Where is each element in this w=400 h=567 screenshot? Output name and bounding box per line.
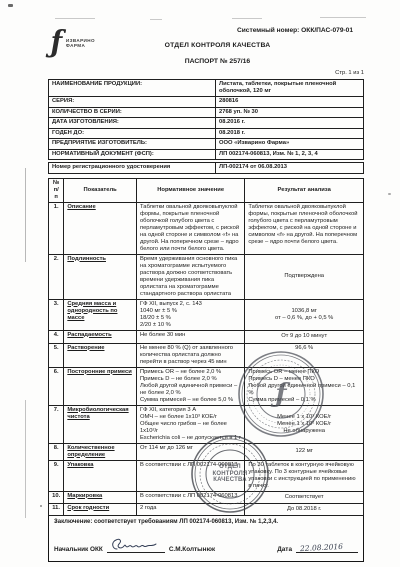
row-number: 3.: [49, 299, 64, 330]
info-label: СЕРИЯ:: [49, 97, 216, 108]
position-label: Начальник ОКК: [54, 546, 103, 553]
table-row: 2. Подлинность Время удерживания основно…: [49, 254, 364, 299]
info-label: НОРМАТИВНЫЙ ДОКУМЕНТ (ФСП):: [49, 149, 216, 160]
indicator-cell: Срок годности: [64, 503, 137, 515]
scan-line: [150, 19, 162, 20]
scan-line: [320, 17, 366, 18]
row-number: 7.: [49, 405, 64, 443]
info-label: Номер регистрационного удостоверения: [49, 163, 216, 174]
indicator-cell: Средняя масса и однородность по массе: [64, 299, 137, 330]
indicator-cell: Подлинность: [64, 254, 137, 299]
normative-cell: Время удерживания основного пика на хром…: [136, 254, 244, 299]
row-number: 10.: [49, 491, 64, 503]
system-number: Системный номер: ОКК/ПАС-079-01: [205, 27, 385, 34]
info-label: ПРЕДПРИЯТИЕ ИЗГОТОВИТЕЛЬ:: [49, 139, 216, 150]
info-value: 08.2016 г.: [216, 118, 364, 129]
info-label: НАИМЕНОВАНИЕ ПРОДУКЦИИ:: [49, 80, 216, 97]
table-row: 4. Распадаемость Не более 30 мин От 9 до…: [49, 330, 364, 343]
date-label: Дата: [277, 546, 292, 553]
table-row: Номер регистрационного удостоверения ЛП-…: [49, 163, 364, 174]
seal-logo-glyph: ƒ: [237, 350, 325, 438]
col-header-num: № п/п: [49, 178, 64, 202]
indicator-cell: Маркировка: [64, 491, 137, 503]
table-row: ГОДЕН ДО: 08.2018 г.: [49, 128, 364, 139]
registration-table: Номер регистрационного удостоверения ЛП-…: [48, 162, 364, 174]
conclusion-block: Заключение: соответствует требованиям ЛП…: [48, 516, 364, 562]
result-cell: 1036,8 мг от – 0,6 %, до + 0,5 %: [245, 299, 364, 330]
signer-name: С.М.Колтынюк: [169, 546, 215, 553]
indicator-cell: Микробиологическая чистота: [64, 405, 137, 443]
result-cell: От 9 до 10 минут: [245, 330, 364, 343]
result-cell: Подтверждена: [245, 254, 364, 299]
signature-field: [107, 538, 165, 553]
brand-line-2: ФАРМА: [66, 43, 85, 48]
document-page: ƒ ИЗВАРИНО ФАРМА Системный номер: ОКК/ПА…: [0, 0, 400, 567]
info-value: ЛП 002174-060813, Изм. № 1, 2, 3, 4: [216, 149, 364, 160]
result-cell: Таблетки овальной двояковыпуклой формы, …: [245, 202, 364, 254]
table-row: НАИМЕНОВАНИЕ ПРОДУКЦИИ: Листата, таблетк…: [49, 80, 364, 97]
scan-line: [232, 18, 262, 19]
info-value: ЛП-002174 от 06.08.2013: [216, 163, 364, 174]
table-row: НОРМАТИВНЫЙ ДОКУМЕНТ (ФСП): ЛП 002174-06…: [49, 149, 364, 160]
info-label: ДАТА ИЗГОТОВЛЕНИЯ:: [49, 118, 216, 129]
company-seal-stamp: ƒ: [237, 350, 325, 438]
table-row: ДАТА ИЗГОТОВЛЕНИЯ: 08.2016 г.: [49, 118, 364, 129]
table-row: ПРЕДПРИЯТИЕ ИЗГОТОВИТЕЛЬ: ООО «Изварино …: [49, 139, 364, 150]
page-indicator: Стр. 1 из 1: [280, 70, 364, 76]
indicator-cell: Распадаемость: [64, 330, 137, 343]
indicator-cell: Описание: [64, 202, 137, 254]
row-number: 6.: [49, 367, 64, 405]
info-value: 280816: [216, 97, 364, 108]
row-number: 2.: [49, 254, 64, 299]
qc-stamp-line: КАЧЕСТВА: [213, 477, 247, 484]
row-number: 5.: [49, 343, 64, 367]
info-label: ГОДЕН ДО:: [49, 128, 216, 139]
info-value: 08.2018 г.: [216, 128, 364, 139]
company-logo: ƒ ИЗВАРИНО ФАРМА: [50, 30, 95, 56]
izvarino-logo-icon: ƒ: [51, 30, 63, 56]
scan-speck: [40, 505, 42, 507]
info-label: КОЛИЧЕСТВО В СЕРИИ:: [49, 107, 216, 118]
table-row: 1. Описание Таблетки овальной двояковыпу…: [49, 202, 364, 254]
table-row: КОЛИЧЕСТВО В СЕРИИ: 2768 уп. № 30: [49, 107, 364, 118]
product-info-table: НАИМЕНОВАНИЕ ПРОДУКЦИИ: Листата, таблетк…: [48, 79, 364, 160]
row-number: 4.: [49, 330, 64, 343]
indicator-cell: Посторонние примеси: [64, 367, 137, 405]
row-number: 1.: [49, 202, 64, 254]
brand-line-1: ИЗВАРИНО: [66, 38, 95, 43]
col-header-normative: Нормативное значение: [136, 178, 244, 202]
info-value: ООО «Изварино Фарма»: [216, 139, 364, 150]
normative-cell: Не более 30 мин: [136, 330, 244, 343]
indicator-cell: Растворение: [64, 343, 137, 367]
normative-cell: ГФ XII, выпуск 2, с. 143 1040 мг ± 5 % 1…: [136, 299, 244, 330]
conclusion-text: Заключение: соответствует требованиям ЛП…: [54, 519, 358, 526]
scan-speck: [8, 4, 13, 7]
info-value: Листата, таблетки, покрытые пленочной об…: [216, 80, 364, 97]
table-header-row: № п/п Показатель Нормативное значение Ре…: [49, 178, 364, 202]
col-header-result: Результат анализа: [245, 178, 364, 202]
signature-row: Начальник ОКК С.М.Колтынюк Дата 22.08.20…: [54, 538, 358, 553]
table-row: 3. Средняя масса и однородность по массе…: [49, 299, 364, 330]
indicator-cell: Упаковка: [64, 460, 137, 491]
normative-cell: Примесь OR – не более 2,0 % Примесь D – …: [136, 367, 244, 405]
scan-line: [25, 400, 26, 518]
passport-title: ПАСПОРТ № 257/16: [110, 58, 325, 65]
scan-speck: [388, 193, 391, 195]
info-value: 2768 уп. № 30: [216, 107, 364, 118]
row-number: 11.: [49, 503, 64, 515]
row-number: 8.: [49, 443, 64, 460]
scan-line: [55, 18, 95, 19]
qc-stamp-text: ОТДЕЛ КОНТРОЛЯ КАЧЕСТВА: [190, 434, 270, 514]
handwritten-signature-icon: [109, 537, 163, 553]
date-field: 22.08.2016: [296, 540, 358, 553]
qc-department-stamp: ОТДЕЛ КОНТРОЛЯ КАЧЕСТВА: [190, 434, 270, 514]
company-logo-text: ИЗВАРИНО ФАРМА: [66, 38, 95, 49]
normative-cell: Не менее 80 % (Q) от заявленного количес…: [136, 343, 244, 367]
table-row: СЕРИЯ: 280816: [49, 97, 364, 108]
handwritten-date: 22.08.2016: [300, 541, 343, 552]
normative-cell: Таблетки овальной двояковыпуклой формы, …: [136, 202, 244, 254]
row-number: 9.: [49, 460, 64, 491]
indicator-cell: Количественное определение: [64, 443, 137, 460]
col-header-indicator: Показатель: [64, 178, 137, 202]
department-title: ОТДЕЛ КОНТРОЛЯ КАЧЕСТВА: [110, 42, 325, 49]
scan-line: [25, 168, 26, 262]
